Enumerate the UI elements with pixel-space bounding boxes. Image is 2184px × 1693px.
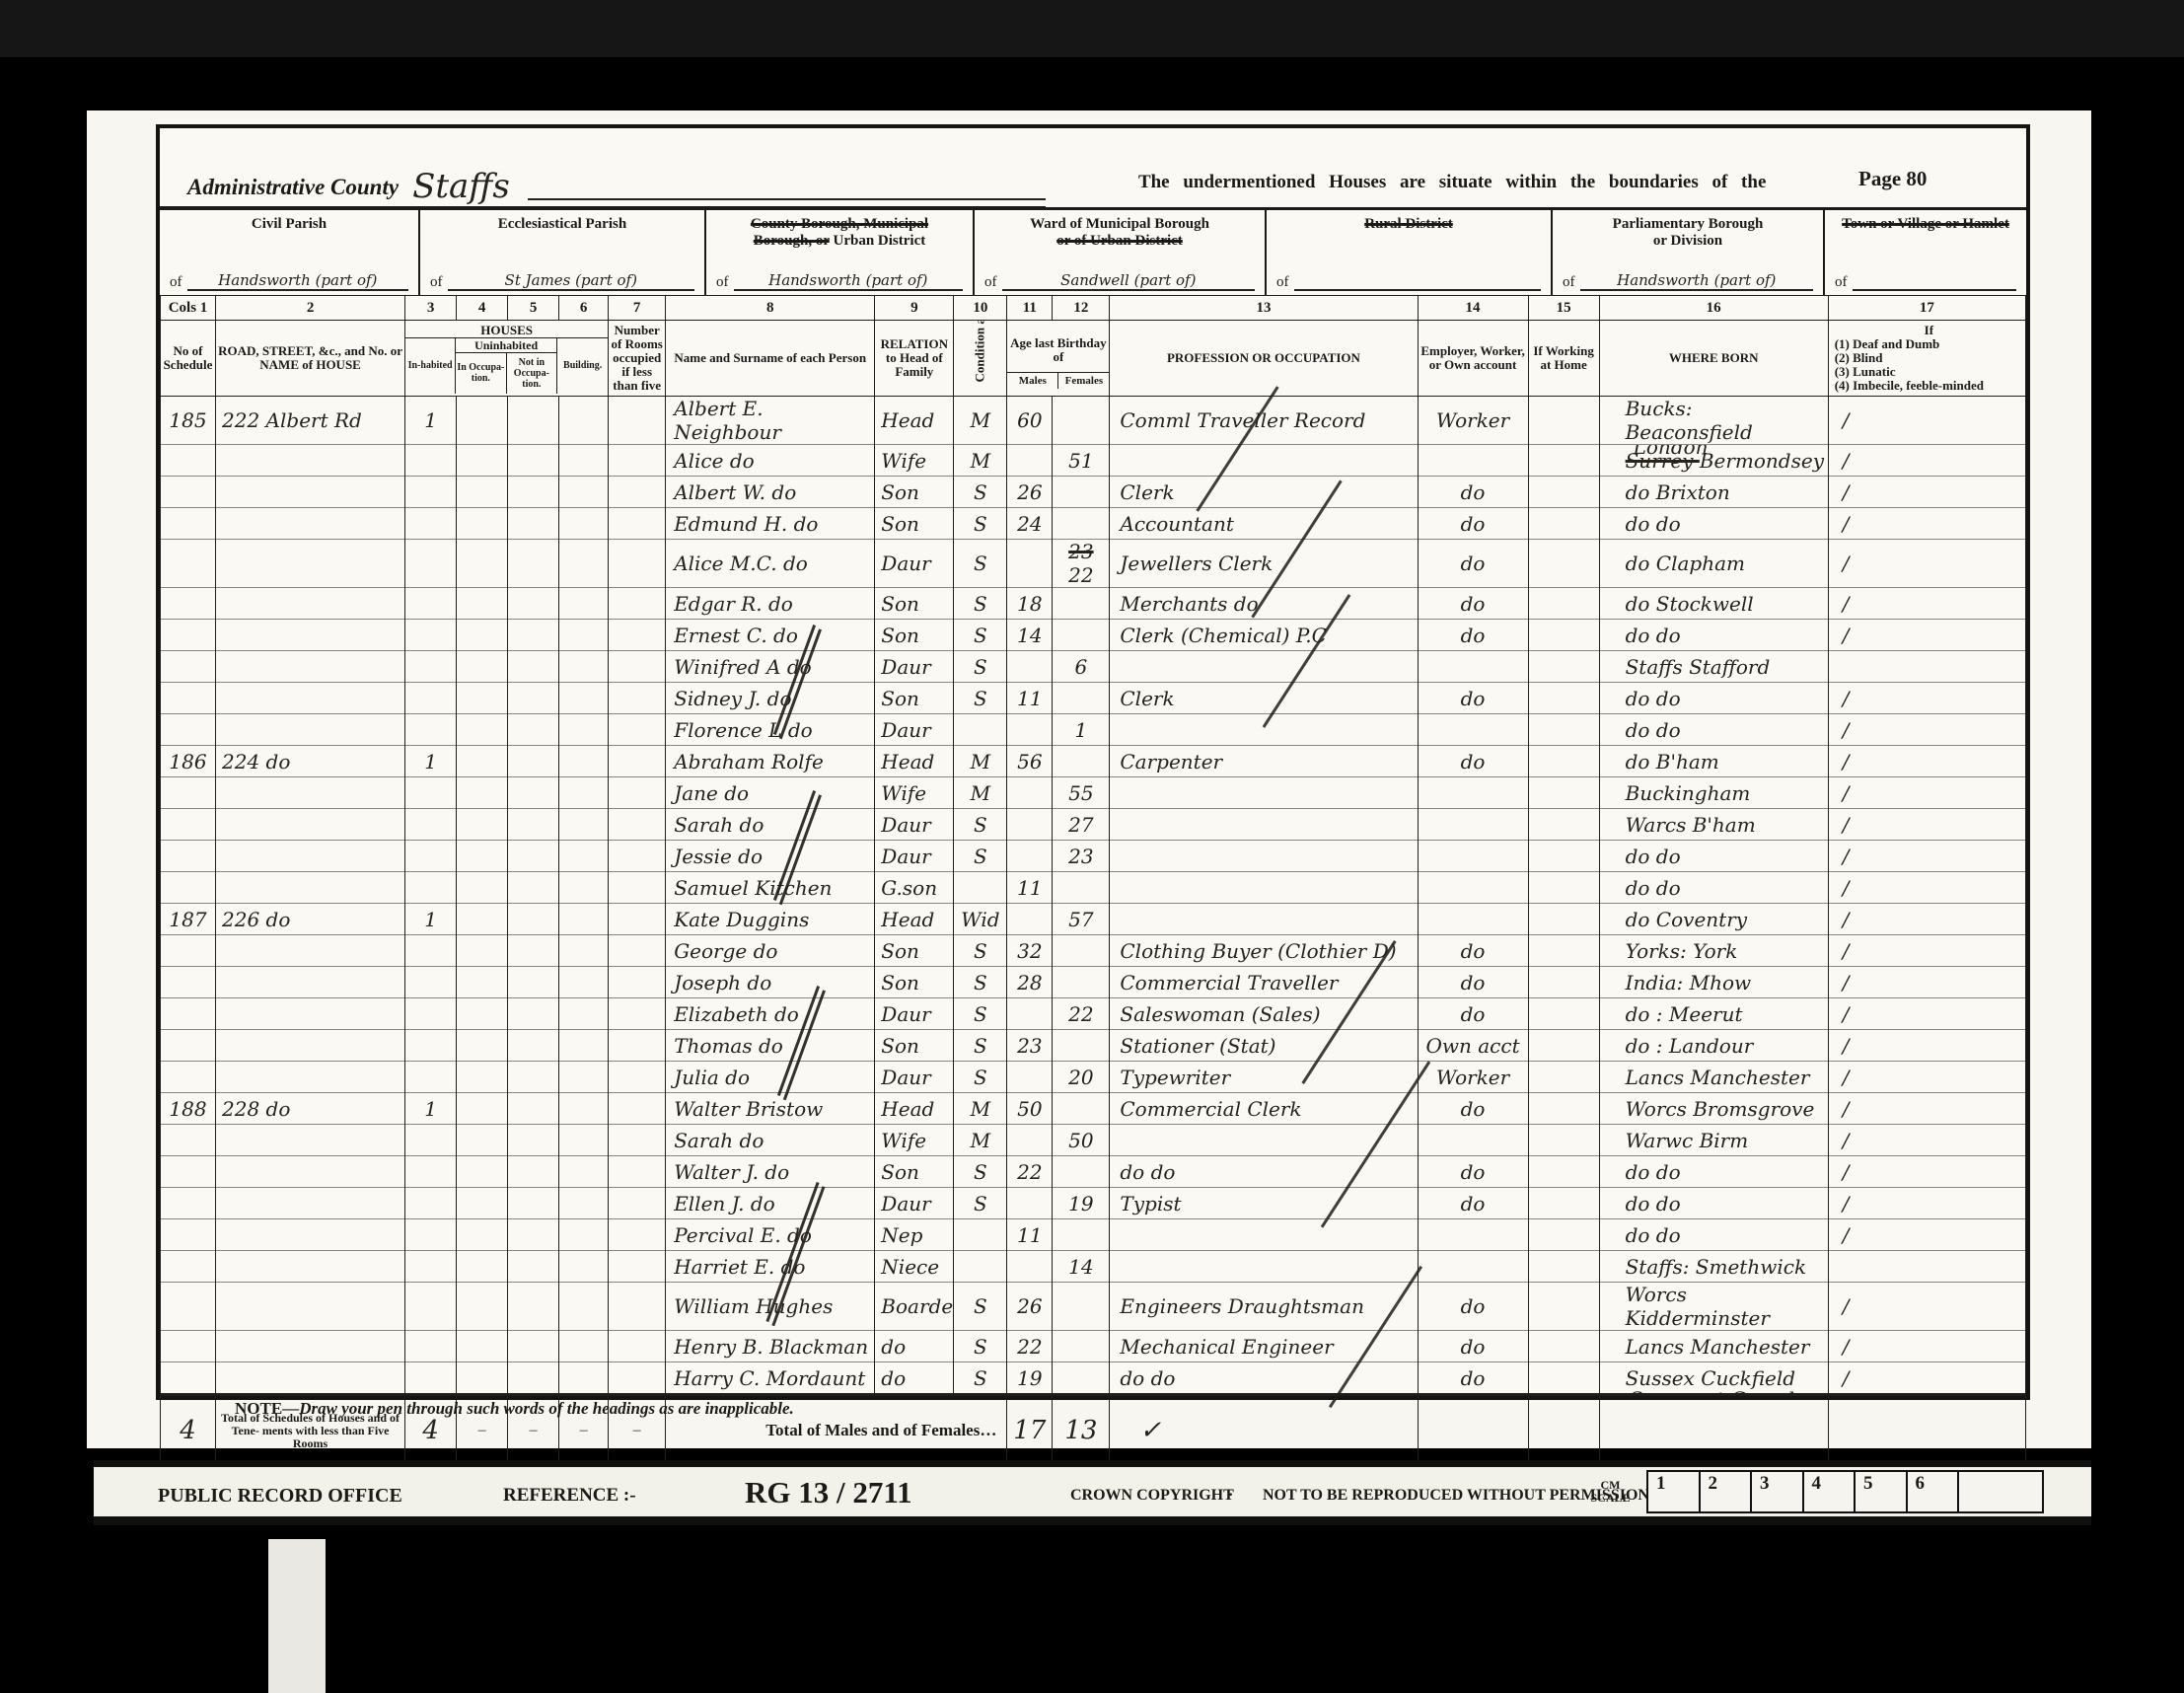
table-row: Albert W. do Son S 26 Clerk do do Brixto… (161, 477, 2026, 508)
cell-uninhabited-not-occ (508, 1188, 559, 1219)
cell-address (216, 1188, 405, 1219)
cell-occupation: Typewriter (1110, 1062, 1418, 1093)
cell-uninhabited-not-occ (508, 1062, 559, 1093)
cell-employer: Worker (1418, 397, 1528, 445)
cell-condition: S (954, 1030, 1007, 1062)
cell-age-female: 27 (1053, 809, 1110, 841)
cell-occupation: Clothing Buyer (Clothier D) (1110, 935, 1418, 967)
cell-relation: G.son (875, 872, 954, 904)
cell-schedule (161, 683, 216, 714)
cell-condition: M (954, 777, 1007, 809)
cell-occupation: do do (1110, 1362, 1418, 1395)
cell-name: Walter Bristow (666, 1093, 875, 1125)
col-num-9: 9 (875, 296, 954, 321)
cell-address (216, 1062, 405, 1093)
cell-uninhabited-in-occ (457, 714, 508, 746)
cell-schedule: 187 (161, 904, 216, 935)
cell-infirmity-tick: / (1828, 1362, 2025, 1395)
cell-schedule: 185 (161, 397, 216, 445)
cell-rooms (609, 1156, 666, 1188)
col-head-condition: Condition as to Marriage (954, 321, 1007, 397)
note-text: —Draw your pen through such words of the… (282, 1399, 794, 1418)
cell-occupation: Saleswoman (Sales) (1110, 998, 1418, 1030)
cell-address (216, 809, 405, 841)
table-row: Walter J. do Son S 22 do do do do do / (161, 1156, 2026, 1188)
cell-uninhabited-in-occ (457, 620, 508, 651)
cell-age-female (1053, 477, 1110, 508)
cell-where-born: India: Mhow (1599, 967, 1828, 998)
cell-working-at-home (1528, 1062, 1599, 1093)
cell-inhabited (405, 967, 457, 998)
district-box: Parliamentary Boroughor Division of Hand… (1553, 210, 1825, 295)
cell-rooms (609, 508, 666, 540)
cell-inhabited (405, 588, 457, 620)
cell-building (559, 477, 609, 508)
cell-infirmity-tick: / (1828, 841, 2025, 872)
cell-infirmity-tick: / (1828, 508, 2025, 540)
cell-age-female: 14 (1053, 1251, 1110, 1283)
cell-rooms (609, 1030, 666, 1062)
cell-infirmity-tick: / (1828, 1188, 2025, 1219)
cell-address: 224 do (216, 746, 405, 777)
cell-rooms (609, 967, 666, 998)
cell-address (216, 998, 405, 1030)
cell-schedule (161, 1188, 216, 1219)
cell-inhabited (405, 777, 457, 809)
cell-age-female: 1 (1053, 714, 1110, 746)
cell-building (559, 1030, 609, 1062)
footer-reference-value: RG 13 / 2711 (745, 1475, 912, 1510)
note-prefix: NOTE (235, 1399, 282, 1418)
cell-condition: S (954, 809, 1007, 841)
cell-age-female: 19 (1053, 1188, 1110, 1219)
cell-uninhabited-not-occ (508, 1251, 559, 1283)
district-of-prefix: of (1563, 274, 1575, 291)
cell-age-male (1007, 904, 1053, 935)
cell-age-male (1007, 1188, 1053, 1219)
cell-schedule (161, 1283, 216, 1331)
cell-working-at-home (1528, 1188, 1599, 1219)
table-row: Samuel Kitchen G.son 11 do do / (161, 872, 2026, 904)
cell-relation: do (875, 1362, 954, 1395)
cell-relation: do (875, 1331, 954, 1362)
cell-age-male: 11 (1007, 1219, 1053, 1251)
cell-uninhabited-in-occ (457, 1219, 508, 1251)
cell-working-at-home (1528, 809, 1599, 841)
cell-uninhabited-not-occ (508, 1362, 559, 1395)
cell-age-male (1007, 445, 1053, 477)
cell-infirmity-tick: / (1828, 872, 2025, 904)
cell-address (216, 620, 405, 651)
cell-age-female (1053, 683, 1110, 714)
cell-working-at-home (1528, 935, 1599, 967)
cell-name: Kate Duggins (666, 904, 875, 935)
cell-where-born: do do (1599, 1219, 1828, 1251)
cell-infirmity-tick: / (1828, 588, 2025, 620)
scale-cell-empty (1957, 1470, 2044, 1513)
cell-where-born: Warcs B'ham (1599, 809, 1828, 841)
cell-uninhabited-in-occ (457, 1125, 508, 1156)
col-num-13: 13 (1110, 296, 1418, 321)
cell-where-born: Buckingham (1599, 777, 1828, 809)
cell-building (559, 746, 609, 777)
cell-infirmity-tick: / (1828, 1062, 2025, 1093)
cell-infirmity-tick: / (1828, 1156, 2025, 1188)
cell-where-born: do do (1599, 508, 1828, 540)
cell-uninhabited-in-occ (457, 588, 508, 620)
cell-condition (954, 872, 1007, 904)
cell-infirmity-tick: / (1828, 683, 2025, 714)
cell-inhabited (405, 1125, 457, 1156)
cell-inhabited: 1 (405, 904, 457, 935)
district-value-row: of (1273, 274, 1545, 291)
cell-condition: S (954, 1362, 1007, 1395)
age-females-label: Females (1058, 373, 1109, 389)
table-row: Percival E. do Nep 11 do do / (161, 1219, 2026, 1251)
table-row: Jessie do Daur S 23 do do / (161, 841, 2026, 872)
cell-uninhabited-not-occ (508, 588, 559, 620)
table-row: Joseph do Son S 28 Commercial Traveller … (161, 967, 2026, 998)
table-row: 186 224 do 1 Abraham Rolfe Head M 56 Car… (161, 746, 2026, 777)
cell-age-female (1053, 508, 1110, 540)
cell-inhabited (405, 998, 457, 1030)
cell-address (216, 777, 405, 809)
cell-age-female: 20 (1053, 1062, 1110, 1093)
cell-relation: Son (875, 508, 954, 540)
cell-inhabited (405, 872, 457, 904)
cell-uninhabited-in-occ (457, 1362, 508, 1395)
cell-age-female (1053, 620, 1110, 651)
cell-uninhabited-not-occ (508, 1283, 559, 1331)
cell-name: Ellen J. do (666, 1188, 875, 1219)
district-label: Town or Village or Hamlet (1831, 216, 2020, 233)
cell-schedule (161, 508, 216, 540)
cell-address (216, 1362, 405, 1395)
cell-uninhabited-not-occ (508, 935, 559, 967)
cell-where-born: do Stockwell (1599, 588, 1828, 620)
cell-age-male: 14 (1007, 620, 1053, 651)
cell-rooms (609, 477, 666, 508)
cell-building (559, 1093, 609, 1125)
cell-working-at-home (1528, 777, 1599, 809)
cell-employer: do (1418, 1283, 1528, 1331)
cell-working-at-home (1528, 1030, 1599, 1062)
column-numbers-row: Cols 1 2 3 4 5 6 7 8 9 10 11 12 13 14 15… (161, 296, 2026, 321)
cell-uninhabited-not-occ (508, 1093, 559, 1125)
cell-uninhabited-in-occ (457, 1062, 508, 1093)
cell-uninhabited-in-occ (457, 935, 508, 967)
cell-where-born: do Coventry (1599, 904, 1828, 935)
admin-county-label: Administrative County (187, 175, 399, 200)
footer-copyright: CROWN COPYRIGHT (1070, 1487, 1234, 1505)
cell-relation: Wife (875, 1125, 954, 1156)
cell-working-at-home (1528, 477, 1599, 508)
cell-rooms (609, 683, 666, 714)
cell-building (559, 445, 609, 477)
district-of-prefix: of (170, 274, 182, 291)
cell-address (216, 1251, 405, 1283)
cell-name: Julia do (666, 1062, 875, 1093)
cell-relation: Head (875, 904, 954, 935)
note-line: NOTE—Draw your pen through such words of… (235, 1399, 794, 1419)
cell-uninhabited-not-occ (508, 508, 559, 540)
cell-uninhabited-in-occ (457, 998, 508, 1030)
houses-in-occupation: In Occupa-tion. (456, 353, 507, 394)
cell-schedule (161, 588, 216, 620)
cell-where-born: do do (1599, 620, 1828, 651)
cell-condition: Wid (954, 904, 1007, 935)
cell-infirmity-tick: / (1828, 540, 2025, 588)
cell-rooms (609, 841, 666, 872)
scale-label: SCALE (1590, 1492, 1630, 1505)
cell-relation: Boarder (875, 1283, 954, 1331)
census-table-head: Cols 1 2 3 4 5 6 7 8 9 10 11 12 13 14 15… (161, 296, 2026, 397)
cell-working-at-home (1528, 1093, 1599, 1125)
cell-infirmity-tick: / (1828, 477, 2025, 508)
district-box: County Borough, MunicipalBorough, or Urb… (706, 210, 975, 295)
cell-infirmity-tick: / (1828, 397, 2025, 445)
cell-employer: do (1418, 540, 1528, 588)
cell-uninhabited-not-occ (508, 683, 559, 714)
district-value-row: of Handsworth (part of) (1559, 271, 1817, 291)
table-row: Elizabeth do Daur S 22 Saleswoman (Sales… (161, 998, 2026, 1030)
cell-building (559, 588, 609, 620)
cell-address (216, 1331, 405, 1362)
cell-building (559, 620, 609, 651)
cell-where-born: do : Meerut (1599, 998, 1828, 1030)
cell-building (559, 1251, 609, 1283)
cell-uninhabited-not-occ (508, 1219, 559, 1251)
cell-employer: do (1418, 1188, 1528, 1219)
cell-schedule (161, 714, 216, 746)
col-num-8: 8 (666, 296, 875, 321)
cell-condition: S (954, 998, 1007, 1030)
cell-building (559, 1219, 609, 1251)
table-row: Ernest C. do Son S 14 Clerk (Chemical) P… (161, 620, 2026, 651)
column-headers-row: No of Schedule ROAD, STREET, &c., and No… (161, 321, 2026, 397)
scale-cells: 123456 (1649, 1470, 1960, 1513)
cell-infirmity-tick: / (1828, 1093, 2025, 1125)
cell-rooms (609, 872, 666, 904)
cell-condition: S (954, 1283, 1007, 1331)
cell-inhabited (405, 620, 457, 651)
cell-age-male: 32 (1007, 935, 1053, 967)
cell-uninhabited-not-occ (508, 809, 559, 841)
table-row: Sarah do Daur S 27 Warcs B'ham / (161, 809, 2026, 841)
cell-name: Harry C. Mordaunt (666, 1362, 875, 1395)
cell-working-at-home (1528, 746, 1599, 777)
cell-uninhabited-in-occ (457, 508, 508, 540)
cell-age-female: 23 (1053, 841, 1110, 872)
cell-inhabited (405, 508, 457, 540)
cell-rooms (609, 1283, 666, 1331)
cell-age-male (1007, 809, 1053, 841)
cell-age-male (1007, 714, 1053, 746)
cell-uninhabited-in-occ (457, 1331, 508, 1362)
cell-building (559, 540, 609, 588)
cell-uninhabited-in-occ (457, 746, 508, 777)
col-head-infirmity: If (1) Deaf and Dumb(2) Blind(3) Lunatic… (1828, 321, 2025, 397)
cell-address (216, 1156, 405, 1188)
col17-items: (1) Deaf and Dumb(2) Blind(3) Lunatic(4)… (1835, 337, 2023, 393)
cell-name: Samuel Kitchen (666, 872, 875, 904)
cell-building (559, 1156, 609, 1188)
cell-infirmity-tick: / (1828, 445, 2025, 477)
col-num-17: 17 (1828, 296, 2025, 321)
cell-where-born: do Brixton (1599, 477, 1828, 508)
cell-uninhabited-not-occ (508, 841, 559, 872)
table-row: Edgar R. do Son S 18 Merchants do do do … (161, 588, 2026, 620)
cell-where-born: do do (1599, 683, 1828, 714)
cell-inhabited (405, 1062, 457, 1093)
cell-address (216, 935, 405, 967)
cell-condition (954, 1251, 1007, 1283)
cell-schedule (161, 651, 216, 683)
cell-schedule (161, 777, 216, 809)
cell-age-female (1053, 397, 1110, 445)
district-label: Ward of Municipal Boroughor of Urban Dis… (981, 216, 1259, 250)
district-value: St James (part of) (448, 271, 695, 291)
archive-footer: PUBLIC RECORD OFFICE REFERENCE :- RG 13 … (94, 1460, 2091, 1525)
cell-infirmity-tick: / (1828, 1125, 2025, 1156)
cell-building (559, 872, 609, 904)
cell-employer: do (1418, 588, 1528, 620)
cell-occupation (1110, 904, 1418, 935)
cell-name: Jane do (666, 777, 875, 809)
totals-checkmark: ✓ (1110, 1395, 1418, 1466)
cell-working-at-home (1528, 714, 1599, 746)
cell-name: Henry B. Blackman (666, 1331, 875, 1362)
cell-where-born: Staffs Stafford (1599, 651, 1828, 683)
cell-employer (1418, 777, 1528, 809)
cell-condition: S (954, 620, 1007, 651)
cell-condition: M (954, 1093, 1007, 1125)
cell-address: 228 do (216, 1093, 405, 1125)
cell-address: 226 do (216, 904, 405, 935)
table-row: 188 228 do 1 Walter Bristow Head M 50 Co… (161, 1093, 2026, 1125)
cell-inhabited (405, 841, 457, 872)
census-table: Cols 1 2 3 4 5 6 7 8 9 10 11 12 13 14 15… (160, 295, 2026, 1466)
district-value-row: of St James (part of) (426, 271, 698, 291)
col-head-name: Name and Surname of each Person (666, 321, 875, 397)
cell-relation: Daur (875, 540, 954, 588)
district-box: Rural District of (1267, 210, 1553, 295)
table-row: William Hughes Boarder S 26 Engineers Dr… (161, 1283, 2026, 1331)
cell-occupation (1110, 1251, 1418, 1283)
census-page: Administrative County Staffs The underme… (87, 110, 2091, 1448)
cell-address (216, 508, 405, 540)
cell-employer (1418, 809, 1528, 841)
cell-building (559, 841, 609, 872)
cell-uninhabited-in-occ (457, 904, 508, 935)
cell-working-at-home (1528, 1283, 1599, 1331)
cell-working-at-home (1528, 1251, 1599, 1283)
cell-infirmity-tick (1828, 1251, 2025, 1283)
cell-age-female (1053, 588, 1110, 620)
col-num-1: Cols 1 (161, 296, 216, 321)
cell-age-female (1053, 1362, 1110, 1395)
cell-rooms (609, 1362, 666, 1395)
cell-uninhabited-in-occ (457, 777, 508, 809)
cell-age-male: 24 (1007, 508, 1053, 540)
district-box: Ward of Municipal Boroughor of Urban Dis… (975, 210, 1267, 295)
cell-condition: S (954, 683, 1007, 714)
cell-condition: S (954, 1156, 1007, 1188)
cell-infirmity-tick: / (1828, 809, 2025, 841)
cell-occupation (1110, 1219, 1418, 1251)
cell-age-male: 22 (1007, 1331, 1053, 1362)
cell-name: Florence L do (666, 714, 875, 746)
census-table-body: 185 222 Albert Rd 1 Albert E. Neighbour … (161, 397, 2026, 1395)
cell-age-male (1007, 1125, 1053, 1156)
cell-where-born: Warwc Birm (1599, 1125, 1828, 1156)
cell-occupation: Jewellers Clerk (1110, 540, 1418, 588)
cell-infirmity-tick: / (1828, 714, 2025, 746)
cell-employer: do (1418, 998, 1528, 1030)
cell-uninhabited-in-occ (457, 1283, 508, 1331)
cell-schedule (161, 1219, 216, 1251)
table-row: Winifred A do Daur S 6 Staffs Stafford (161, 651, 2026, 683)
scan-top-edge (0, 0, 2184, 57)
cell-working-at-home (1528, 872, 1599, 904)
cell-uninhabited-not-occ (508, 651, 559, 683)
cell-uninhabited-not-occ (508, 540, 559, 588)
cell-employer: do (1418, 746, 1528, 777)
cell-employer (1418, 841, 1528, 872)
cell-working-at-home (1528, 1331, 1599, 1362)
cell-age-female (1053, 872, 1110, 904)
cell-inhabited (405, 445, 457, 477)
cell-relation: Wife (875, 445, 954, 477)
ruled-line (528, 197, 1046, 200)
cell-building (559, 935, 609, 967)
cell-address (216, 445, 405, 477)
cell-age-female: 57 (1053, 904, 1110, 935)
cell-employer: do (1418, 508, 1528, 540)
cell-rooms (609, 1093, 666, 1125)
cell-uninhabited-not-occ (508, 1156, 559, 1188)
cell-condition: S (954, 967, 1007, 998)
cell-name: Sarah do (666, 809, 875, 841)
district-headers: Civil Parish of Handsworth (part of) Ecc… (160, 210, 2026, 295)
cell-working-at-home (1528, 1219, 1599, 1251)
cell-name: Elizabeth do (666, 998, 875, 1030)
cell-building (559, 1283, 609, 1331)
cell-occupation: Comml Traveller Record (1110, 397, 1418, 445)
cell-occupation: do do (1110, 1156, 1418, 1188)
col-num-12: 12 (1053, 296, 1110, 321)
cell-rooms (609, 809, 666, 841)
cell-employer: Worker (1418, 1062, 1528, 1093)
district-box: Town or Village or Hamlet of (1825, 210, 2026, 295)
table-row: Edmund H. do Son S 24 Accountant do do d… (161, 508, 2026, 540)
cell-employer: do (1418, 683, 1528, 714)
cell-address (216, 1283, 405, 1331)
cell-schedule (161, 967, 216, 998)
cell-working-at-home (1528, 1125, 1599, 1156)
cell-age-male (1007, 841, 1053, 872)
cell-uninhabited-not-occ (508, 872, 559, 904)
cell-inhabited (405, 1030, 457, 1062)
footer-reference-label: REFERENCE :- (503, 1485, 636, 1507)
cell-relation: Son (875, 1030, 954, 1062)
cell-inhabited (405, 1251, 457, 1283)
cell-uninhabited-in-occ (457, 809, 508, 841)
cell-relation: Son (875, 967, 954, 998)
cell-relation: Son (875, 588, 954, 620)
district-of-prefix: of (716, 274, 729, 291)
cell-schedule (161, 1030, 216, 1062)
